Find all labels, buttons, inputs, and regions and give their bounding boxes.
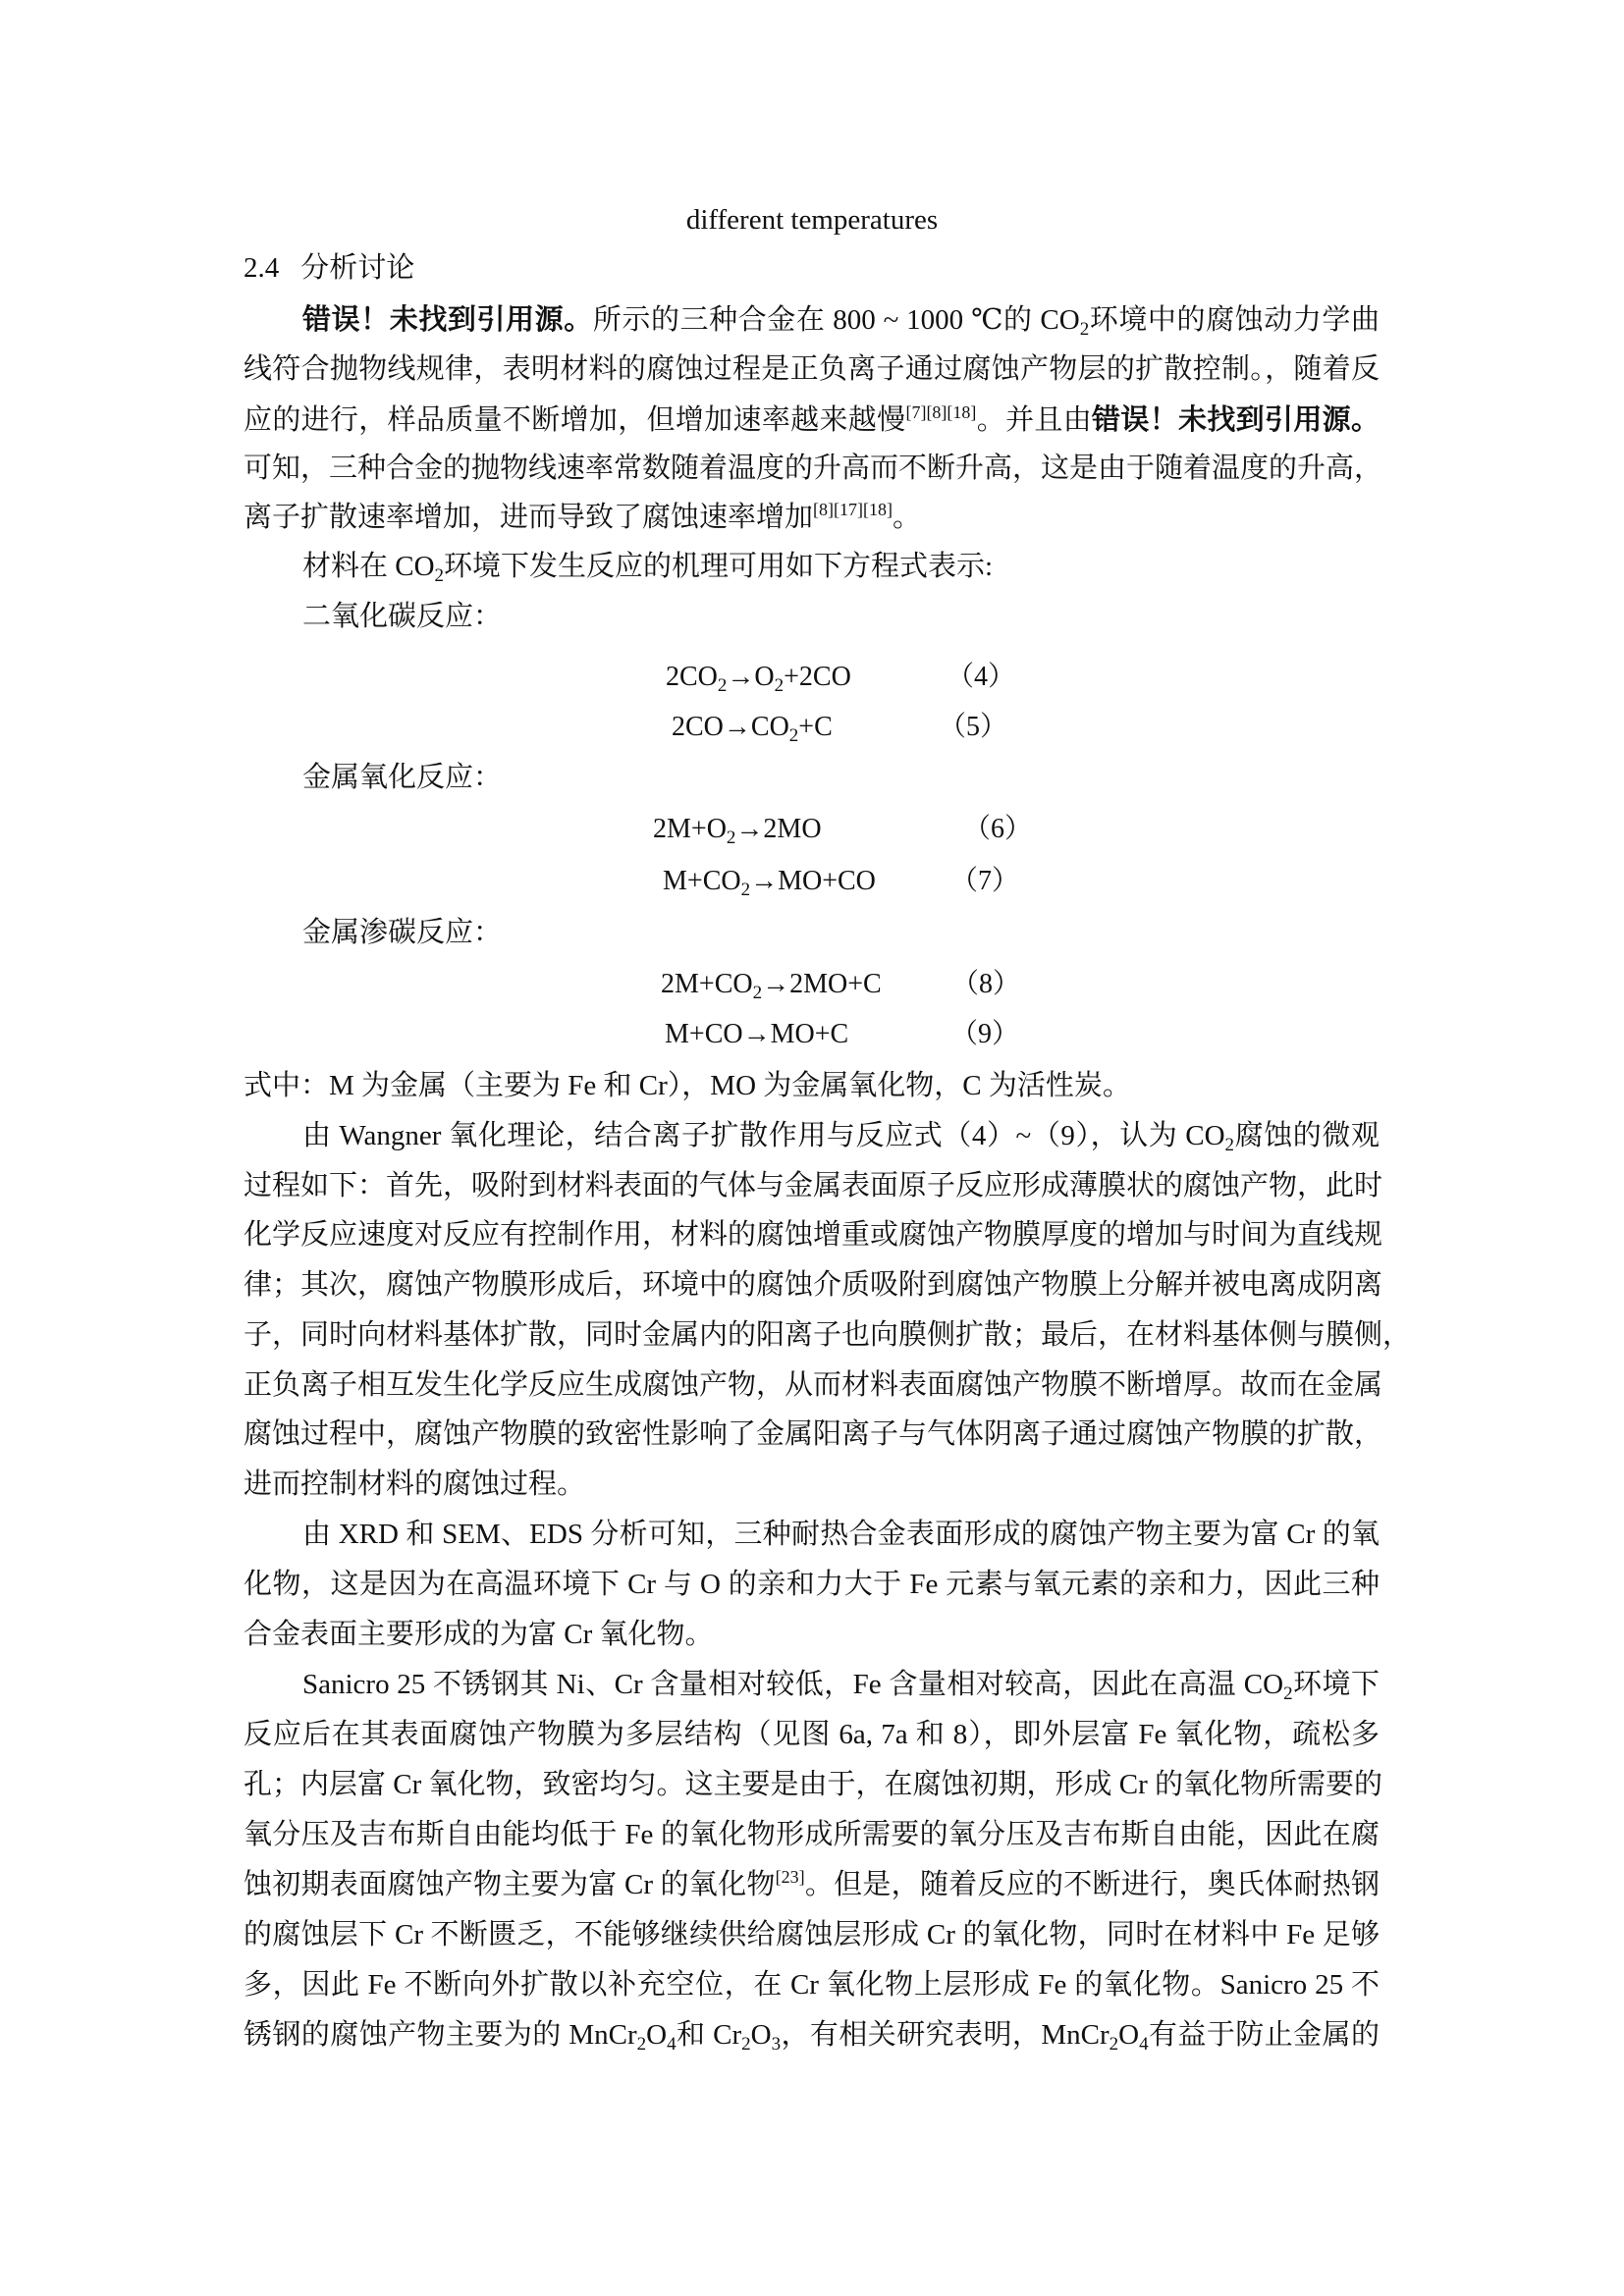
subscript: 2 [1110,2034,1119,2055]
equation-number-5: （5） [939,710,1007,745]
text: 环境下发生反应的机理可用如下方程式表示: [444,551,993,582]
paragraph-1-line-2: 线符合抛物线规律，表明材料的腐蚀过程是正负离子通过腐蚀产物层的扩散控制。，随着反 [244,351,1380,387]
text: 蚀初期表面腐蚀产物主要为富 Cr 的氧化物 [244,1869,776,1900]
text: 由 Wangner 氧化理论，结合离子扩散作用与反应式（4）~（9），认为 CO [302,1120,1225,1151]
equation-number-6: （6） [963,812,1032,847]
equation-9: M+CO→MO+C [665,1017,848,1052]
section-number: 2.4 [244,252,279,284]
broken-reference-error[interactable]: 错误！未找到引用源。 [1092,402,1380,436]
text: O [646,2019,667,2051]
group-label-metal-oxidation: 金属氧化反应： [302,760,502,795]
citation[interactable]: [7][8][18] [905,402,976,422]
subscript: 3 [772,2034,782,2055]
text: Sanicro 25 不锈钢其 Ni、Cr 含量相对较低，Fe 含量相对较高，因… [302,1669,1283,1700]
paragraph-5-line-3: 孔；内层富 Cr 氧化物，致密均匀。这主要是由于，在腐蚀初期，形成 Cr 的氧化… [244,1767,1380,1802]
paragraph-2: 材料在 CO2环境下发生反应的机理可用如下方程式表示: [302,549,993,584]
text: ，有相关研究表明，MnCr [781,2019,1110,2051]
paragraph-5-line-2: 反应后在其表面腐蚀产物膜为多层结构（见图 6a, 7a 和 8），即外层富 Fe… [244,1717,1380,1752]
text: 。并且由 [976,404,1092,436]
section-heading: 2.4分析讨论 [244,250,414,286]
subscript: 2 [435,565,445,586]
paragraph-3-line-7: 腐蚀过程中，腐蚀产物膜的致密性影响了金属阳离子与气体阴离子通过腐蚀产物膜的扩散， [244,1416,1380,1452]
paragraph-3-line-8: 进而控制材料的腐蚀过程。 [244,1467,1380,1502]
text: 材料在 CO [302,551,435,582]
equation-6: 2M+O2→2MO [653,812,822,847]
equation-8: 2M+CO2→2MO+C [661,967,882,1002]
subscript: 4 [1139,2034,1149,2055]
paragraph-3-line-5: 子，同时向材料基体扩散，同时金属内的阳离子也向膜侧扩散；最后，在材料基体侧与膜侧… [244,1317,1380,1353]
paragraph-1-line-1: 错误！未找到引用源。所示的三种合金在 800 ~ 1000 ℃的 CO2环境中的… [302,301,1380,337]
paragraph-5-line-1: Sanicro 25 不锈钢其 Ni、Cr 含量相对较低，Fe 含量相对较高，因… [302,1667,1380,1702]
citation[interactable]: [8][17][18] [813,500,893,519]
paragraph-4-line-2: 化物，这是因为在高温环境下 Cr 与 O 的亲和力大于 Fe 元素与氧元素的亲和… [244,1567,1380,1602]
paragraph-5-line-8: 锈钢的腐蚀产物主要为的 MnCr2O4和 Cr2O3，有相关研究表明，MnCr2… [244,2017,1380,2053]
equation-5: 2CO→CO2+C [672,710,833,745]
paragraph-1-line-4: 可知，三种合金的抛物线速率常数随着温度的升高而不断升高，这是由于随着温度的升高， [244,451,1380,486]
paragraph-3-line-3: 化学反应速度对反应有控制作用，材料的腐蚀增重或腐蚀产物膜厚度的增加与时间为直线规 [244,1217,1380,1253]
text: 离子扩散速率增加，进而导致了腐蚀速率增加 [244,502,813,533]
equation-number-9: （9） [950,1017,1019,1052]
text: 和 Cr [677,2019,742,2051]
paragraph-4-line-1: 由 XRD 和 SEM、EDS 分析可知，三种耐热合金表面形成的腐蚀产物主要为富… [302,1517,1380,1552]
equation-4: 2CO2→O2+2CO [666,660,851,695]
paragraph-3-line-1: 由 Wangner 氧化理论，结合离子扩散作用与反应式（4）~（9），认为 CO… [302,1118,1380,1153]
equation-number-4: （4） [947,660,1015,695]
paragraph-1-line-5: 离子扩散速率增加，进而导致了腐蚀速率增加[8][17][18]。 [244,500,1380,535]
document-page: different temperatures 2.4分析讨论 错误！未找到引用源… [0,0,1624,2296]
text: O [1118,2019,1139,2051]
subscript: 2 [637,2034,647,2055]
group-label-metal-carburization: 金属渗碳反应： [302,915,502,950]
citation[interactable]: [23] [776,1867,805,1887]
subscript: 2 [1225,1135,1235,1155]
section-title: 分析讨论 [300,252,414,284]
text: 。但是，随着反应的不断进行，奥氏体耐热钢 [805,1869,1380,1900]
text: 所示的三种合金在 800 ~ 1000 ℃的 CO [593,304,1080,336]
group-label-co2-reaction: 二氧化碳反应： [302,599,502,634]
subscript: 2 [1283,1683,1293,1704]
broken-reference-error[interactable]: 错误！未找到引用源。 [302,302,593,336]
paragraph-3-line-6: 正负离子相互发生化学反应生成腐蚀产物，从而材料表面腐蚀产物膜不断增厚。故而在金属 [244,1367,1380,1403]
paragraph-1-line-3: 应的进行，样品质量不断增加，但增加速率越来越慢[7][8][18]。并且由错误！… [244,401,1380,437]
paragraph-4-line-3: 合金表面主要形成的为富 Cr 氧化物。 [244,1617,1380,1652]
paragraph-5-line-6: 的腐蚀层下 Cr 不断匮乏，不能够继续供给腐蚀层形成 Cr 的氧化物，同时在材料… [244,1917,1380,1952]
equation-number-7: （7） [950,864,1019,899]
text: 锈钢的腐蚀产物主要为的 MnCr [244,2019,637,2051]
text: 有益于防止金属的 [1149,2019,1380,2051]
subscript: 2 [1080,319,1090,340]
paragraph-3-line-4: 律；其次，腐蚀产物膜形成后，环境中的腐蚀介质吸附到腐蚀产物膜上分解并被电离成阴离 [244,1267,1380,1303]
text: 。 [893,502,921,533]
paragraph-3-line-2: 过程如下：首先，吸附到材料表面的气体与金属表面原子反应形成薄膜状的腐蚀产物，此时 [244,1168,1380,1203]
figure-caption-continuation: different temperatures [0,202,1624,238]
text: 环境下 [1293,1669,1380,1700]
paragraph-5-line-7: 多，因此 Fe 不断向外扩散以补充空位，在 Cr 氧化物上层形成 Fe 的氧化物… [244,1967,1380,2002]
text: O [751,2019,772,2051]
where-note: 式中：M 为金属（主要为 Fe 和 Cr），MO 为金属氧化物，C 为活性炭。 [244,1068,1131,1103]
text: 环境中的腐蚀动力学曲 [1089,304,1380,336]
equation-number-8: （8） [951,967,1020,1002]
subscript: 2 [741,2034,751,2055]
text: 腐蚀的微观 [1234,1120,1380,1151]
text: 应的进行，样品质量不断增加，但增加速率越来越慢 [244,404,905,436]
subscript: 4 [667,2034,677,2055]
paragraph-5-line-4: 氧分压及吉布斯自由能均低于 Fe 的氧化物形成所需要的氧分压及吉布斯自由能，因此… [244,1817,1380,1852]
paragraph-5-line-5: 蚀初期表面腐蚀产物主要为富 Cr 的氧化物[23]。但是，随着反应的不断进行，奥… [244,1867,1380,1902]
equation-7: M+CO2→MO+CO [663,864,876,899]
